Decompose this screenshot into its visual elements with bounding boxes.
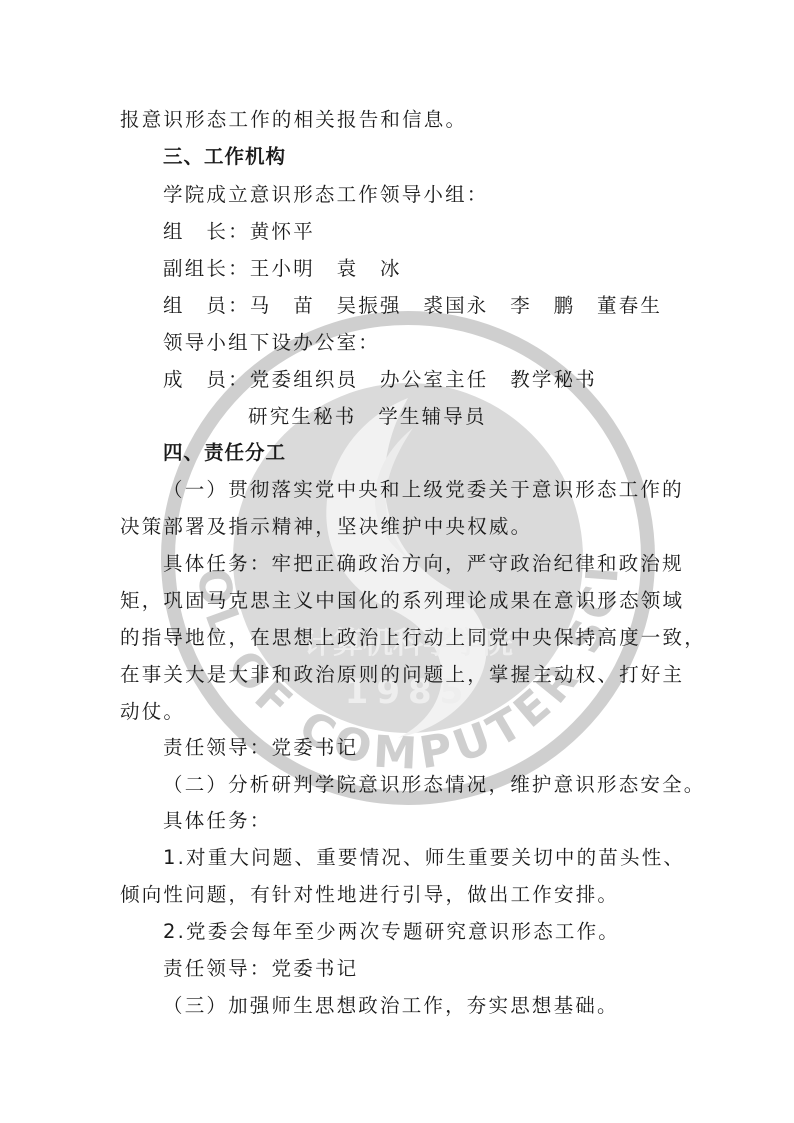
paragraph-line: 具体任务：牢把正确政治方向，严守政治纪律和政治规 xyxy=(163,552,684,576)
paragraph-line: 成 员：党委组织员 办公室主任 教学秘书 xyxy=(163,368,597,392)
paragraph-line: （一）贯彻落实党中央和上级党委关于意识形态工作的 xyxy=(163,478,684,502)
paragraph-line: 报意识形态工作的相关报告和信息。 xyxy=(120,108,467,132)
document-page: 计算机科学学院 1985 SCHOOL OF COMPUTER SCIENCE … xyxy=(0,0,794,1123)
paragraph-line: 责任领导：党委书记 xyxy=(163,957,358,981)
paragraph-line: 的指导地位，在思想上政治上行动上同党中央保持高度一致， xyxy=(120,626,706,650)
paragraph-line: 1.对重大问题、重要情况、师生重要关切中的苗头性、 xyxy=(163,846,685,870)
paragraph-line: 组 长：黄怀平 xyxy=(163,220,315,244)
paragraph-line: 副组长：王小明 袁 冰 xyxy=(163,257,402,281)
paragraph-line: 责任领导：党委书记 xyxy=(163,736,358,760)
section-heading: 三、工作机构 xyxy=(163,145,286,169)
paragraph-line: 具体任务： xyxy=(163,809,272,833)
paragraph-line: 决策部署及指示精神，坚决维护中央权威。 xyxy=(120,515,532,539)
paragraph-line: 在事关大是大非和政治原则的问题上，掌握主动权、打好主 xyxy=(120,663,684,687)
paragraph-line: （二）分析研判学院意识形态情况，维护意识形态安全。 xyxy=(163,773,706,797)
paragraph-line: （三）加强师生思想政治工作，夯实思想基础。 xyxy=(163,994,619,1018)
paragraph-line: 组 员：马 苗 吴振强 裘国永 李 鹏 董春生 xyxy=(163,294,662,318)
paragraph-line: 矩，巩固马克思主义中国化的系列理论成果在意识形态领域 xyxy=(120,589,684,613)
paragraph-line: 学院成立意识形态工作领导小组： xyxy=(163,183,489,207)
paragraph-line: 研究生秘书 学生辅导员 xyxy=(248,405,487,429)
paragraph-line: 领导小组下设办公室： xyxy=(163,331,380,355)
paragraph-line: 2.党委会每年至少两次专题研究意识形态工作。 xyxy=(163,920,620,944)
section-heading: 四、责任分工 xyxy=(163,441,286,465)
paragraph-line: 动仗。 xyxy=(120,700,185,724)
paragraph-line: 倾向性问题，有针对性地进行引导，做出工作安排。 xyxy=(120,883,619,907)
